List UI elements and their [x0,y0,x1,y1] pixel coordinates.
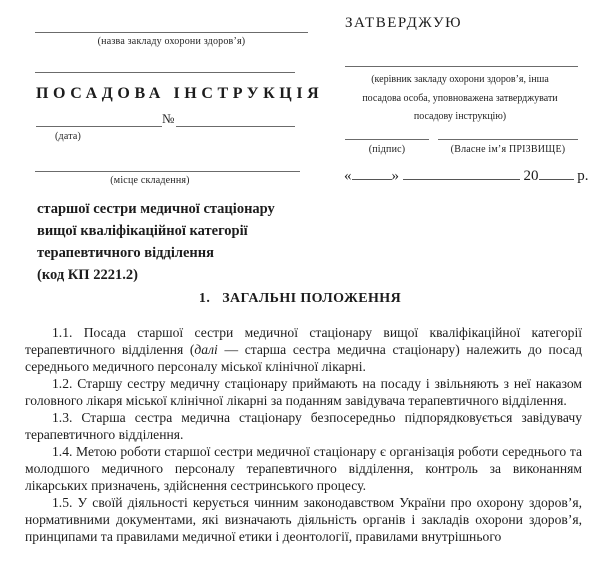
place-label: (місце складення) [25,175,275,186]
blank-line-2 [35,72,295,73]
paragraph-segment-italic: далі [194,342,217,357]
approver-label-line: (керівник закладу охорони здоров’я, інша [340,71,580,90]
signature-blank-line [345,139,429,140]
paragraph: 1.2. Старшу сестру медичну стаціонару пр… [25,375,582,409]
paragraphs: 1.1. Посада старшої сестри медичної стац… [25,324,582,545]
year-blank-line [539,165,574,180]
institution-label: (назва закладу охорони здоров’я) [35,36,308,47]
approver-label-line: посадова особа, уповноважена затверджува… [340,90,580,109]
position-line: вищої кваліфікаційної категорії [37,220,275,242]
paragraph-segment: 1.3. Старша сестра медична стаціонару бе… [25,410,582,442]
section-heading: 1.ЗАГАЛЬНІ ПОЛОЖЕННЯ [0,291,600,307]
paragraph-segment: 1.4. Метою роботи старшої сестри медично… [25,444,582,493]
paragraph: 1.4. Метою роботи старшої сестри медично… [25,443,582,494]
section-number: 1. [199,291,210,306]
paragraph: 1.3. Старша сестра медична стаціонару бе… [25,409,582,443]
signature-label: (підпис) [345,144,429,155]
year-suffix: р. [577,168,588,184]
position-line: старшої сестри медичної стаціонару [37,198,275,220]
document-title: ПОСАДОВА ІНСТРУКЦІЯ [36,85,323,103]
approval-date-row: «» 20 р. [344,165,594,185]
month-blank-line [403,165,520,180]
paragraph-segment: 1.5. У своїй діяльності керується чинним… [25,495,582,544]
approve-heading: ЗАТВЕРДЖУЮ [345,15,462,32]
paragraph: 1.5. У своїй діяльності керується чинним… [25,494,582,545]
approver-blank-line [345,66,578,67]
year-prefix: 20 [524,168,539,184]
document-page: (назва закладу охорони здоров’я) ПОСАДОВ… [0,0,600,565]
name-label: (Власне ім’я ПРІЗВИЩЕ) [438,144,578,155]
quote-close: » [392,168,400,184]
date-blank-line [36,126,162,127]
name-blank-line [438,139,578,140]
approver-label: (керівник закладу охорони здоров’я, інша… [340,71,580,127]
number-blank-line [176,126,295,127]
date-label: (дата) [55,131,81,142]
position-title-block: старшої сестри медичної стаціонару вищої… [37,198,275,286]
institution-blank-line [35,32,308,33]
place-blank-line [35,171,300,172]
day-blank-line [352,165,392,180]
position-line: (код КП 2221.2) [37,264,275,286]
section-title: ЗАГАЛЬНІ ПОЛОЖЕННЯ [222,291,401,306]
paragraph: 1.1. Посада старшої сестри медичної стац… [25,324,582,375]
quote-open: « [344,168,352,184]
number-sign: № [162,111,174,127]
position-line: терапевтичного відділення [37,242,275,264]
approver-label-line: посадову інструкцію) [340,108,580,127]
paragraph-segment: 1.2. Старшу сестру медичну стаціонару пр… [25,376,582,408]
